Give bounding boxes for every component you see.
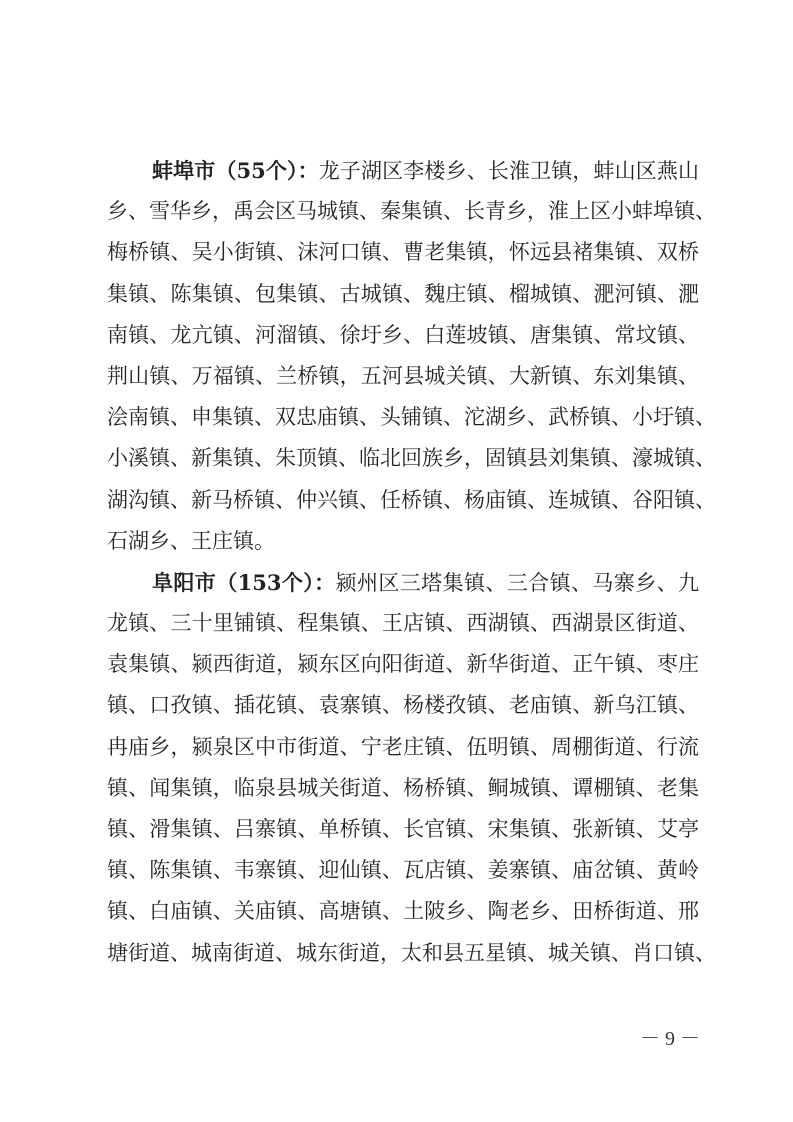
text-line: 镇、闻集镇，临泉县城关街道、杨桥镇、鲖城镇、谭棚镇、老集 (107, 768, 699, 809)
document-page: 蚌埠市（55个）：龙子湖区李楼乡、长淮卫镇，蚌山区燕山 乡、雪华乡，禹会区马城镇… (0, 0, 793, 1122)
text-line: 湖沟镇、新马桥镇、仲兴镇、任桥镇、杨庙镇、连城镇、谷阳镇、 (107, 480, 699, 521)
text-line: 梅桥镇、吴小街镇、沫河口镇、曹老集镇，怀远县褚集镇、双桥 (107, 232, 699, 273)
text-line: 浍南镇、申集镇、双忠庙镇、头铺镇、沱湖乡、武桥镇、小圩镇、 (107, 397, 699, 438)
page-number: － 9 － (640, 1022, 700, 1051)
text-line: 镇、白庙镇、关庙镇、高塘镇、土陂乡、陶老乡、田桥街道、邢 (107, 891, 699, 932)
text-line: 龙镇、三十里铺镇、程集镇、王店镇、西湖镇、西湖景区街道、 (107, 603, 699, 644)
text-line: 荆山镇、万福镇、兰桥镇，五河县城关镇、大新镇、东刘集镇、 (107, 356, 699, 397)
line-text: 龙子湖区李楼乡、长淮卫镇，蚌山区燕山 (319, 159, 699, 183)
text-line: 袁集镇、颍西街道，颍东区向阳街道、新华街道、正午镇、枣庄 (107, 644, 699, 685)
city-label: 蚌埠市（55个）： (152, 158, 319, 183)
text-line: 阜阳市（153个）：颍州区三塔集镇、三合镇、马寨乡、九 (107, 562, 699, 603)
text-line: 镇、口孜镇、插花镇、袁寨镇、杨楼孜镇、老庙镇、新乌江镇、 (107, 685, 699, 726)
text-line: 集镇、陈集镇、包集镇、古城镇、魏庄镇、榴城镇、淝河镇、淝 (107, 274, 699, 315)
paragraph-fuyang: 阜阳市（153个）：颍州区三塔集镇、三合镇、马寨乡、九 龙镇、三十里铺镇、程集镇… (107, 562, 699, 974)
text-line: 小溪镇、新集镇、朱顶镇、临北回族乡，固镇县刘集镇、濠城镇、 (107, 438, 699, 479)
text-line: 乡、雪华乡，禹会区马城镇、秦集镇、长青乡，淮上区小蚌埠镇、 (107, 191, 699, 232)
document-body: 蚌埠市（55个）：龙子湖区李楼乡、长淮卫镇，蚌山区燕山 乡、雪华乡，禹会区马城镇… (107, 150, 699, 974)
paragraph-bengbu: 蚌埠市（55个）：龙子湖区李楼乡、长淮卫镇，蚌山区燕山 乡、雪华乡，禹会区马城镇… (107, 150, 699, 562)
text-line: 镇、滑集镇、吕寨镇、单桥镇、长官镇、宋集镇、张新镇、艾亭 (107, 809, 699, 850)
city-label: 阜阳市（153个）： (152, 570, 336, 595)
text-line: 石湖乡、王庄镇。 (107, 521, 699, 562)
text-line: 南镇、龙亢镇、河溜镇、徐圩乡、白莲坡镇、唐集镇、常坟镇、 (107, 315, 699, 356)
text-line: 镇、陈集镇、韦寨镇、迎仙镇、瓦店镇、姜寨镇、庙岔镇、黄岭 (107, 850, 699, 891)
text-line: 塘街道、城南街道、城东街道，太和县五星镇、城关镇、肖口镇、 (107, 933, 699, 974)
line-text: 颍州区三塔集镇、三合镇、马寨乡、九 (336, 571, 699, 595)
text-line: 冉庙乡，颍泉区中市街道、宁老庄镇、伍明镇、周棚街道、行流 (107, 727, 699, 768)
text-line: 蚌埠市（55个）：龙子湖区李楼乡、长淮卫镇，蚌山区燕山 (107, 150, 699, 191)
